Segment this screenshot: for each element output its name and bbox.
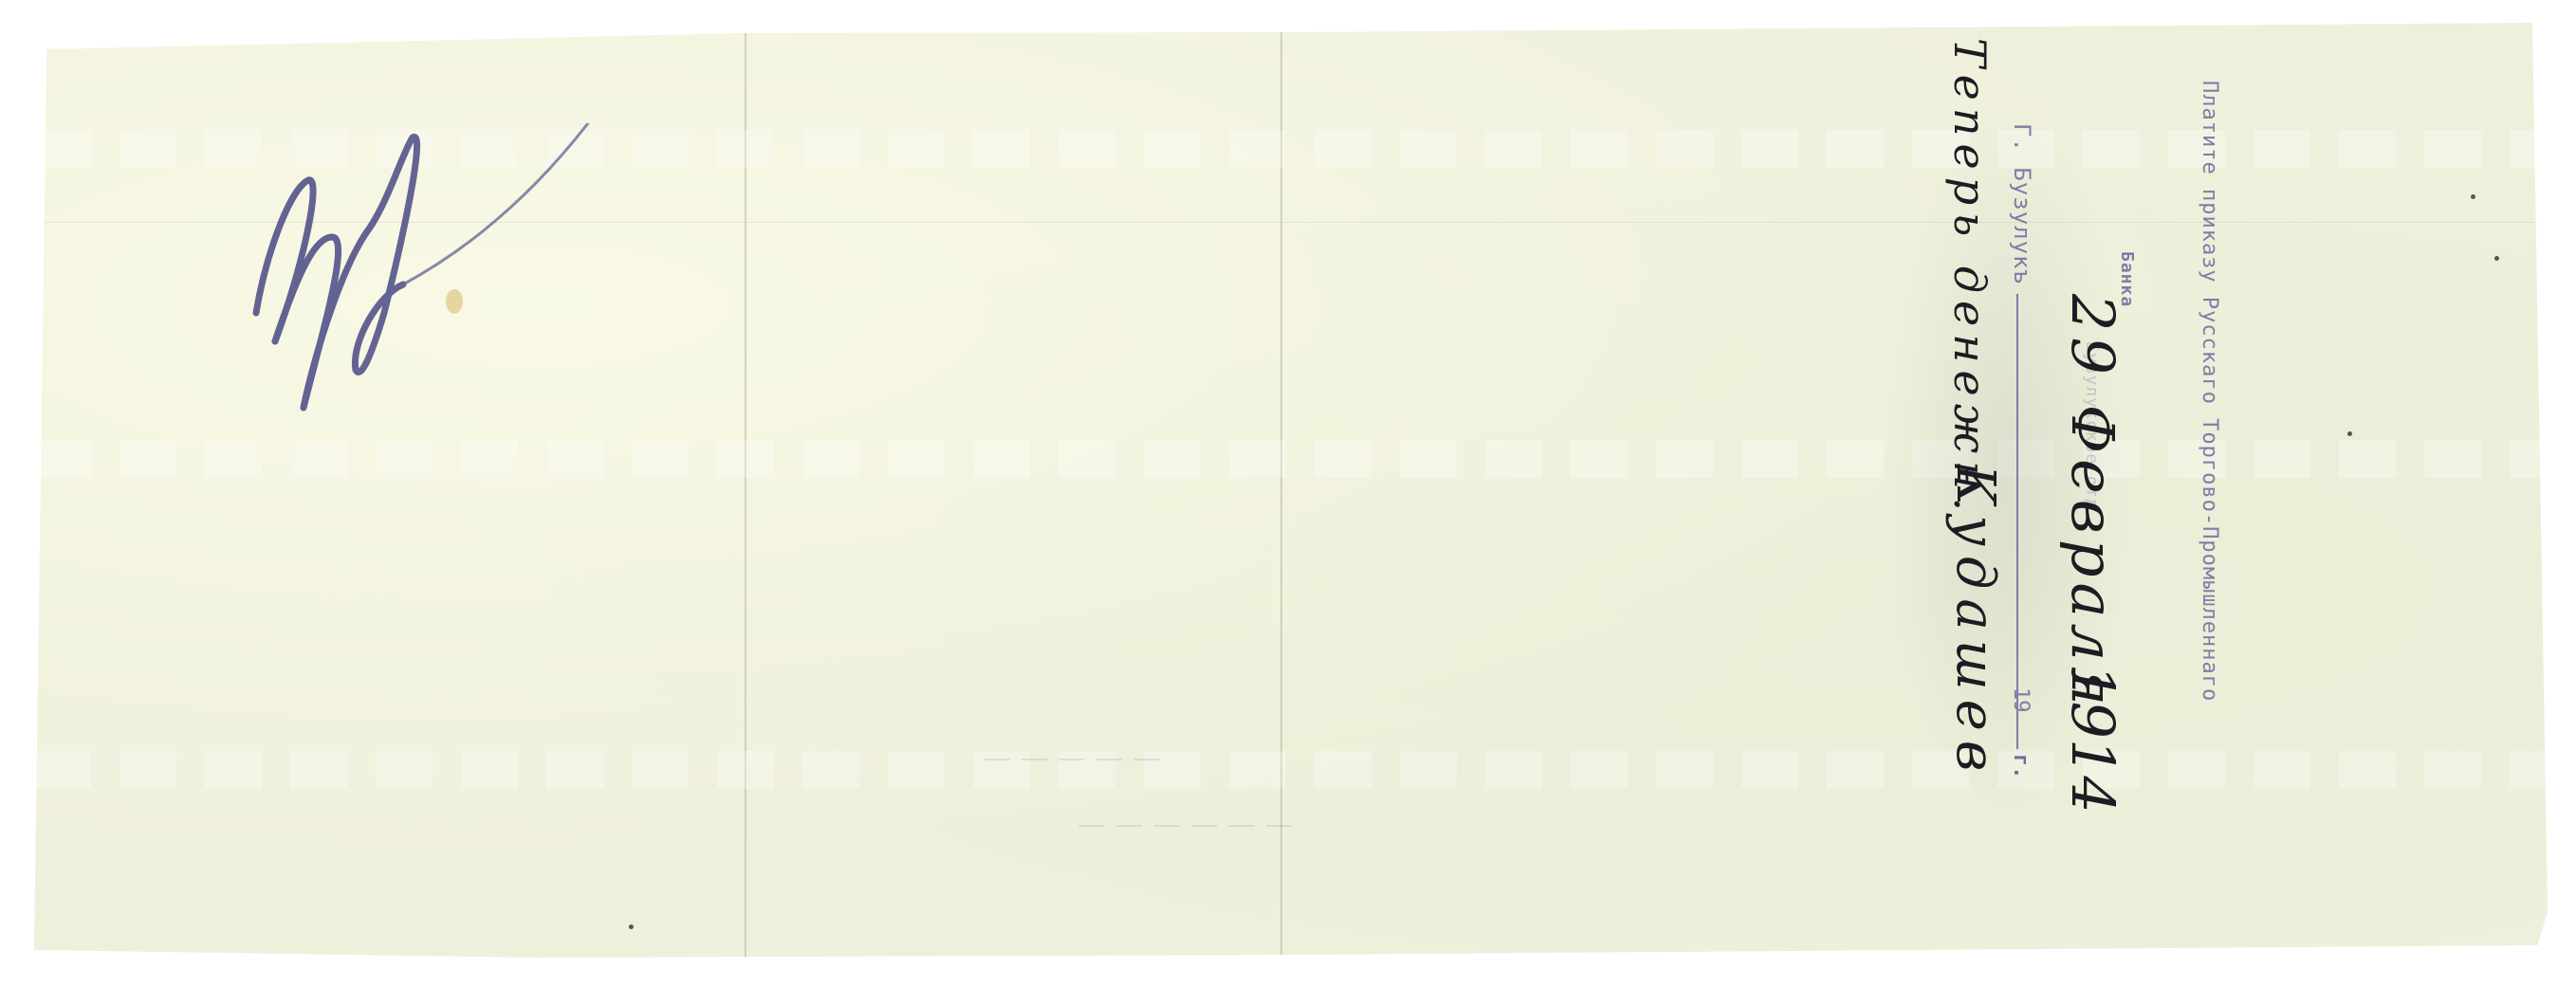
bleed-through-text: — — — — —	[983, 741, 1161, 775]
bleed-through-band	[34, 440, 2548, 478]
stamp-year-prefix: 19	[2009, 687, 2033, 713]
paper-hole	[2494, 256, 2499, 261]
bank-stamp-city: Г. Бузулукъ	[2009, 123, 2035, 284]
pencil-signature: Pencil signature	[237, 123, 635, 446]
paper-speck	[629, 924, 634, 929]
paper-speck	[2347, 431, 2352, 436]
bank-stamp-line1: Платите приказу Русскаго Торгово-Промышл…	[2198, 81, 2221, 702]
handwritten-endorsement-line: Теперь денежн.	[1944, 38, 1996, 519]
paper-speck	[2471, 194, 2475, 199]
bleed-through-text: — — — — — —	[1077, 808, 1294, 841]
paper-stain	[446, 289, 463, 314]
stamp-year-suffix: г.	[2009, 754, 2033, 779]
handwritten-endorser-name: Кудашев	[1944, 465, 2006, 780]
bleed-through-band	[34, 751, 2548, 789]
handwritten-date: 29 Февраля	[2058, 294, 2127, 711]
handwritten-year: 1914	[2058, 664, 2127, 814]
stamp-date-underline	[2016, 294, 2018, 749]
